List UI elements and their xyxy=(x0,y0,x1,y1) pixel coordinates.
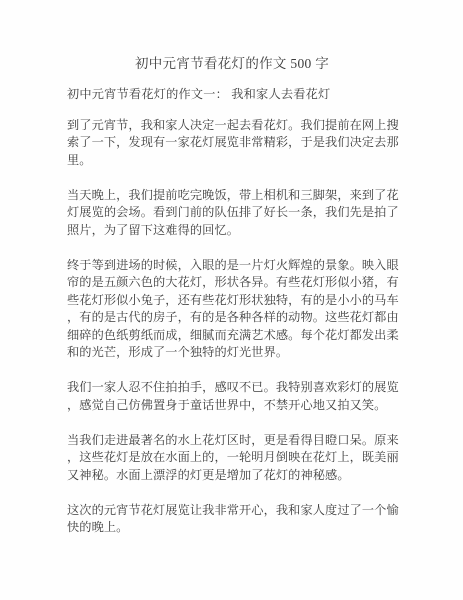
paragraph-2: 当天晚上，我们提前吃完晚饭，带上相机和三脚架，来到了花 灯展览的会场。看到门前的… xyxy=(67,187,397,240)
document-text-column: 初中元宵节看花灯的作文 500 字 初中元宵节看花灯的作文一： 我和家人去看花灯… xyxy=(67,55,397,537)
text-line: 帘的是五颜六色的大花灯，形状各异。有些花灯形似小猪，有 xyxy=(67,274,397,292)
text-line: 灯展览的会场。看到门前的队伍排了好长一条，我们先是拍了 xyxy=(67,204,397,222)
text-line: ，有的是古代的房子，有的是各种各样的动物。这些花灯都由 xyxy=(67,309,397,327)
text-line: 我们一家人忍不住拍拍手，感叹不已。我特别喜欢彩灯的展览 xyxy=(67,379,397,397)
text-line: ，这些花灯是放在水面上的，一轮明月倒映在花灯上，既美丽 xyxy=(67,449,397,467)
text-line: 细碎的色纸剪纸而成，细腻而充满艺术感。每个花灯都发出柔 xyxy=(67,327,397,345)
text-line: 里。 xyxy=(67,152,397,170)
paragraph-3: 终于等到进场的时候，入眼的是一片灯火辉煌的景象。映入眼 帘的是五颜六色的大花灯，… xyxy=(67,257,397,362)
essay-title: 初中元宵节看花灯的作文 500 字 xyxy=(67,55,397,73)
text-line: 照片，为了留下这难得的回忆。 xyxy=(67,222,397,240)
paragraph-6: 这次的元宵节花灯展览让我非常开心，我和家人度过了一个愉 快的晚上。 xyxy=(67,502,397,537)
paragraph-5: 当我们走进最著名的水上花灯区时，更是看得目瞪口呆。原来 ，这些花灯是放在水面上的… xyxy=(67,432,397,485)
text-line: 又神秘。水面上漂浮的灯更是增加了花灯的神秘感。 xyxy=(67,467,397,485)
paragraph-1: 到了元宵节，我和家人决定一起去看花灯。我们提前在网上搜 索了一下，发现有一家花灯… xyxy=(67,117,397,170)
essay-subtitle: 初中元宵节看花灯的作文一： 我和家人去看花灯 xyxy=(67,86,397,104)
text-line: 索了一下，发现有一家花灯展览非常精彩，于是我们决定去那 xyxy=(67,134,397,152)
text-line: 和的光芒，形成了一个独特的灯光世界。 xyxy=(67,344,397,362)
text-line: ，感觉自己仿佛置身于童话世界中，不禁开心地又拍又笑。 xyxy=(67,397,397,415)
paragraph-4: 我们一家人忍不住拍拍手，感叹不已。我特别喜欢彩灯的展览 ，感觉自己仿佛置身于童话… xyxy=(67,379,397,414)
document-page: 初中元宵节看花灯的作文 500 字 初中元宵节看花灯的作文一： 我和家人去看花灯… xyxy=(0,0,463,600)
text-line: 这次的元宵节花灯展览让我非常开心，我和家人度过了一个愉 xyxy=(67,502,397,520)
text-line: 当天晚上，我们提前吃完晚饭，带上相机和三脚架，来到了花 xyxy=(67,187,397,205)
text-line: 终于等到进场的时候，入眼的是一片灯火辉煌的景象。映入眼 xyxy=(67,257,397,275)
text-line: 快的晚上。 xyxy=(67,519,397,537)
text-line: 到了元宵节，我和家人决定一起去看花灯。我们提前在网上搜 xyxy=(67,117,397,135)
text-line: 当我们走进最著名的水上花灯区时，更是看得目瞪口呆。原来 xyxy=(67,432,397,450)
text-line: 些花灯形似小兔子，还有些花灯形状独特，有的是小小的马车 xyxy=(67,292,397,310)
